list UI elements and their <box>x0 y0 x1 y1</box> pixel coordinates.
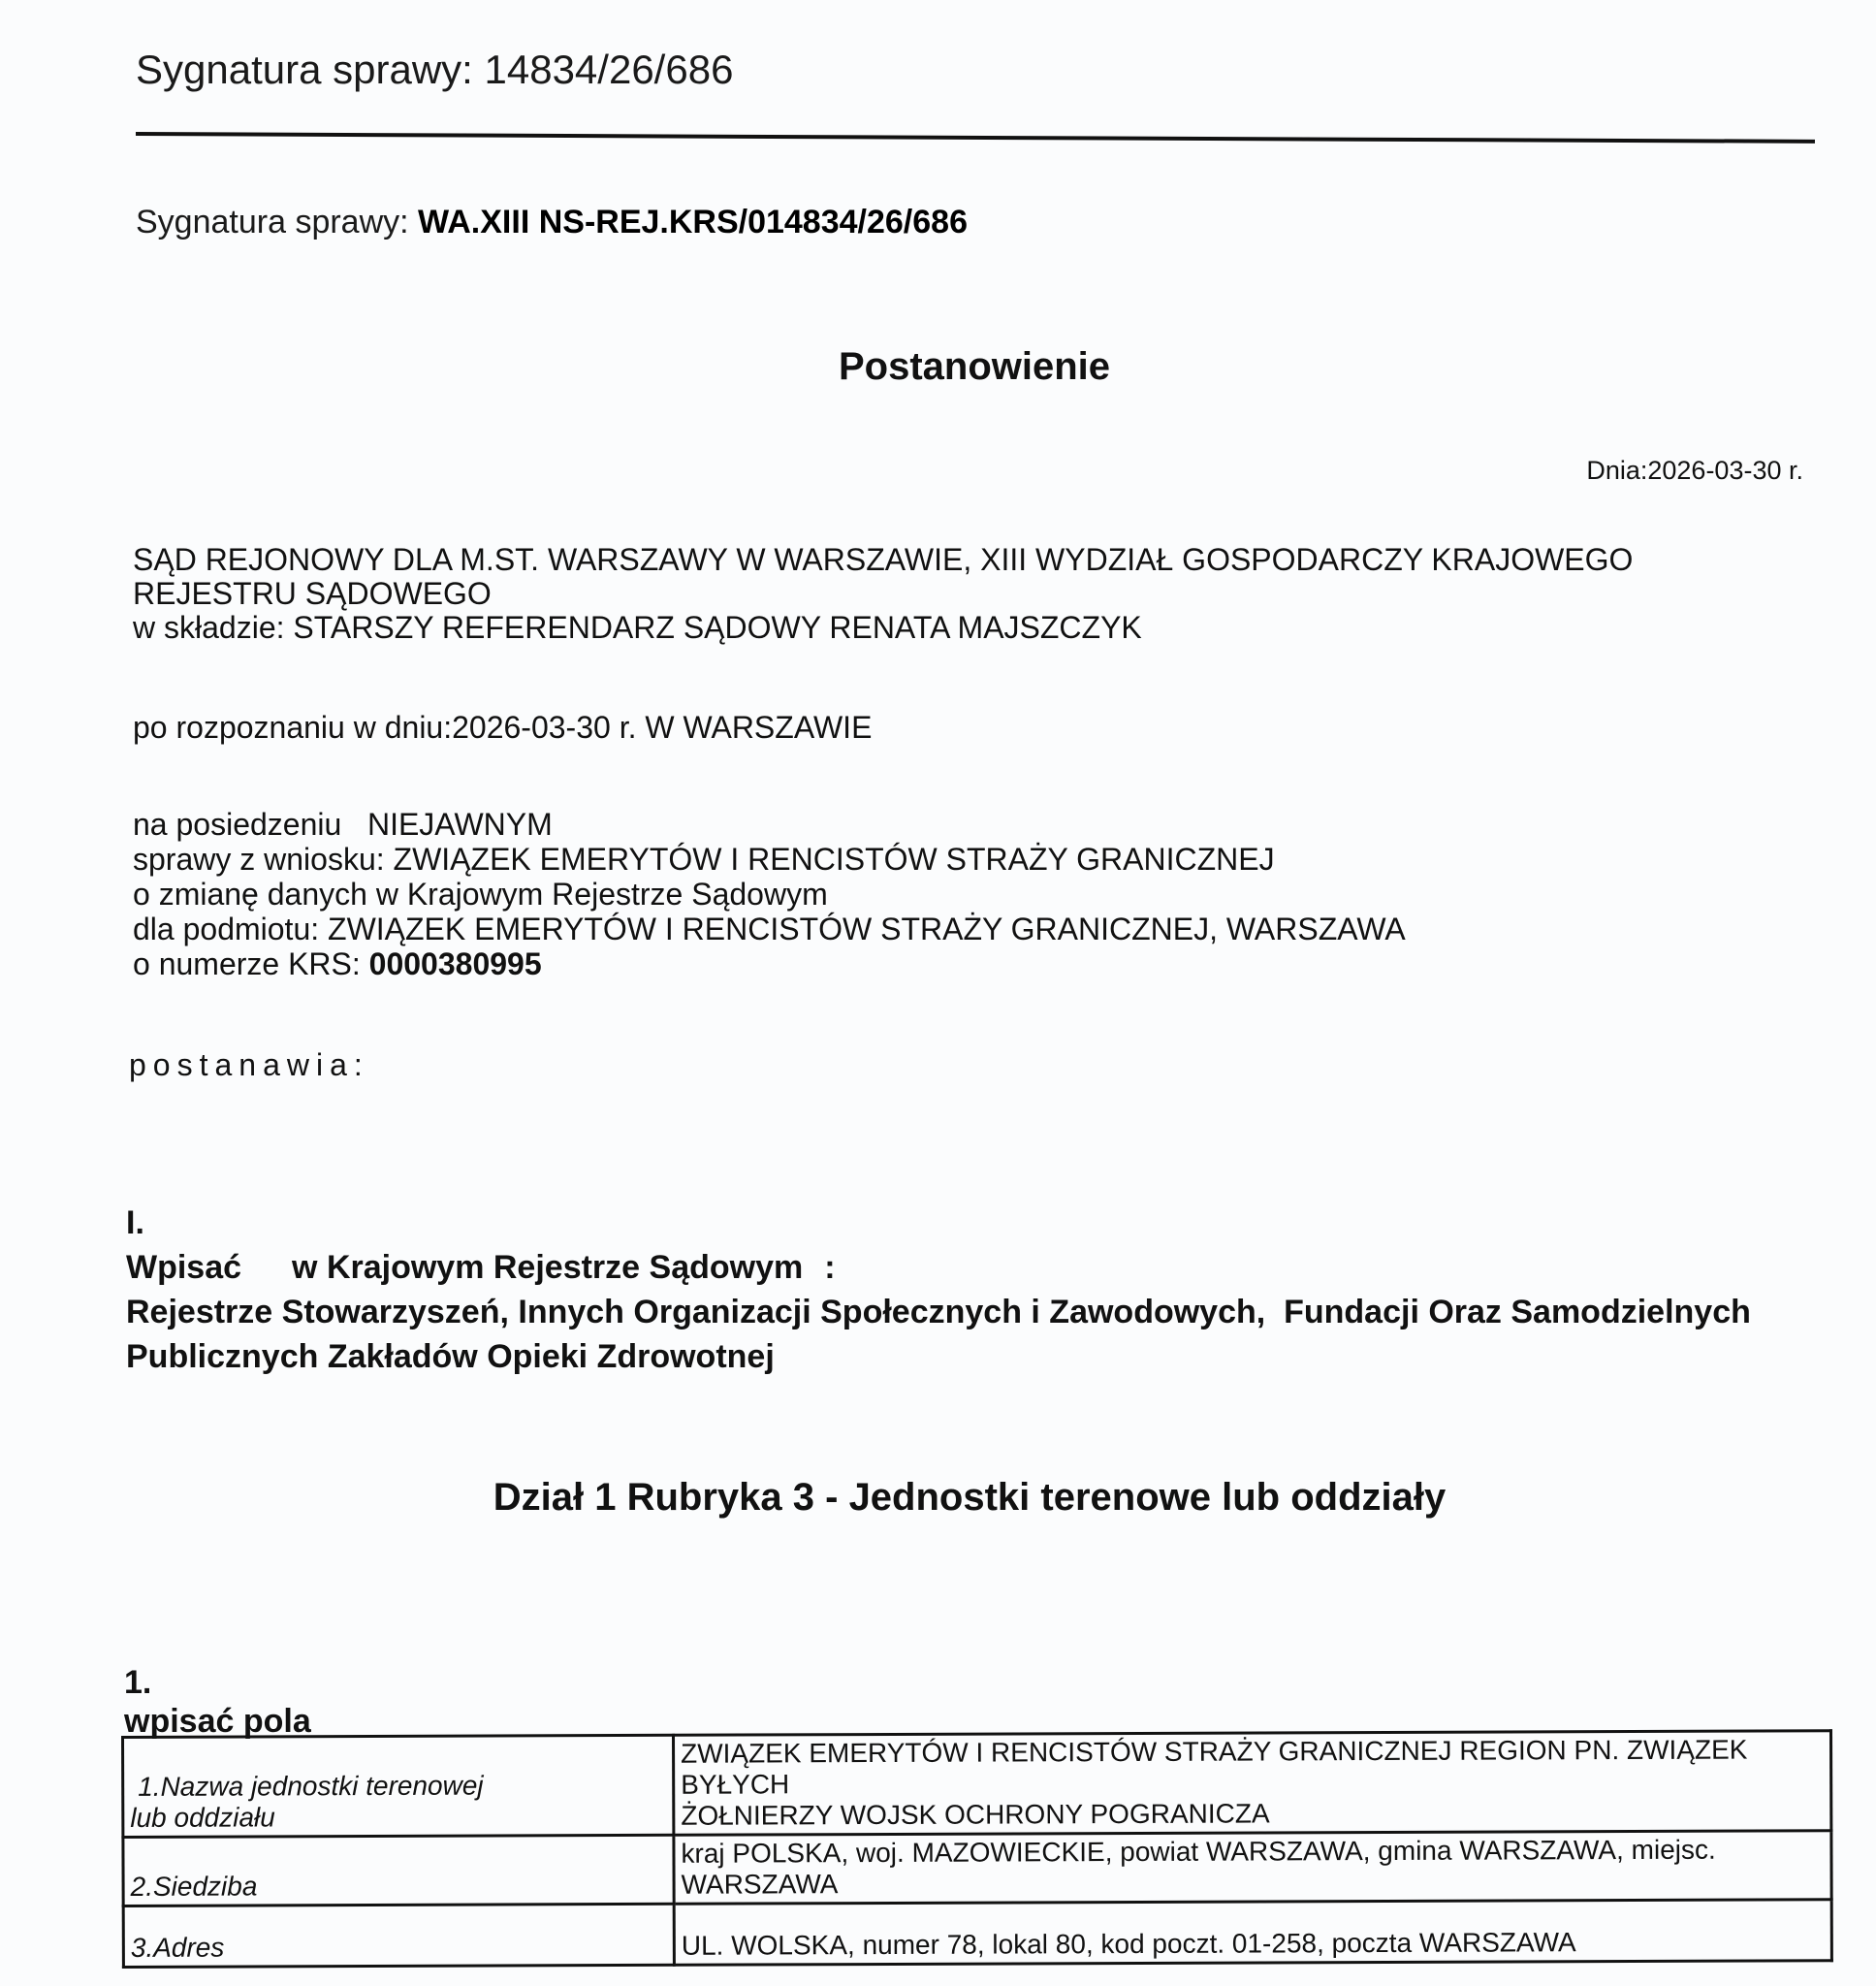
field-label: 2.Siedziba <box>123 1835 674 1906</box>
entity: dla podmiotu: ZWIĄZEK EMERYTÓW I RENCIST… <box>133 912 1406 946</box>
entry-colon: : <box>824 1249 835 1286</box>
field-value-line-2: ŻOŁNIERZY WOJSK OCHRONY POGRANICZA <box>681 1796 1824 1832</box>
entry-numeral: I. <box>126 1201 1751 1245</box>
entry-register: w Krajowym Rejestrze Sądowym <box>292 1249 803 1286</box>
entry-line-3: Publicznych Zakładów Opieki Zdrowotnej <box>126 1334 1751 1379</box>
entry-verb: Wpisać <box>126 1249 241 1286</box>
session-details: na posiedzeniu NIEJAWNYM sprawy z wniosk… <box>133 807 1406 981</box>
krs-number: o numerze KRS: 0000380995 <box>133 946 1406 981</box>
request-subject: o zmianę danych w Krajowym Rejestrze Sąd… <box>133 877 1406 912</box>
applicant: sprawy z wniosku: ZWIĄZEK EMERYTÓW I REN… <box>133 842 1406 877</box>
item-header: 1. wpisać pola <box>124 1663 311 1741</box>
item-number: 1. <box>124 1663 311 1702</box>
court-panel: w składzie: STARSZY REFERENDARZ SĄDOWY R… <box>133 611 1800 645</box>
table-row: 1.Nazwa jednostki terenowejlub oddziału … <box>123 1731 1831 1838</box>
session-type: na posiedzeniu NIEJAWNYM <box>133 807 1406 842</box>
case-signature-label: Sygnatura sprawy: <box>136 204 418 240</box>
field-value: ZWIĄZEK EMERYTÓW I RENCISTÓW STRAŻY GRAN… <box>674 1731 1831 1836</box>
case-signature-value: WA.XIII NS-REJ.KRS/014834/26/686 <box>418 204 968 240</box>
field-value-line-1: ZWIĄZEK EMERYTÓW I RENCISTÓW STRAŻY GRAN… <box>681 1734 1824 1801</box>
fields-table: 1.Nazwa jednostki terenowejlub oddziału … <box>121 1729 1833 1969</box>
field-label-line-1: 1.Nazwa jednostki terenowej <box>130 1770 666 1803</box>
entry-line-1: Wpisaćw Krajowym Rejestrze Sądowym: <box>126 1245 1751 1290</box>
court-name-line-2: REJESTRU SĄDOWEGO <box>133 577 1800 611</box>
field-value: kraj POLSKA, woj. MAZOWIECKIE, powiat WA… <box>674 1831 1831 1905</box>
field-value: UL. WOLSKA, numer 78, lokal 80, kod pocz… <box>674 1900 1831 1966</box>
header-divider <box>136 132 1815 144</box>
entry-line-2: Rejestrze Stowarzyszeń, Innych Organizac… <box>126 1290 1751 1334</box>
document-heading: Postanowienie <box>0 345 1876 389</box>
krs-value: 0000380995 <box>369 946 542 981</box>
decides-label: postanawia: <box>129 1047 369 1083</box>
section-title: Dział 1 Rubryka 3 - Jednostki terenowe l… <box>0 1476 1876 1520</box>
document-header-title: Sygnatura sprawy: 14834/26/686 <box>136 47 733 93</box>
examination-date: po rozpoznaniu w dniu:2026-03-30 r. W WA… <box>133 710 872 746</box>
table-row: 2.Siedziba kraj POLSKA, woj. MAZOWIECKIE… <box>123 1831 1831 1906</box>
table-row: 3.Adres UL. WOLSKA, numer 78, lokal 80, … <box>123 1900 1831 1968</box>
krs-label: o numerze KRS: <box>133 946 369 981</box>
document-date: Dnia:2026-03-30 r. <box>1586 456 1803 486</box>
field-label: 3.Adres <box>123 1904 674 1967</box>
field-label: 1.Nazwa jednostki terenowejlub oddziału <box>123 1735 674 1837</box>
case-signature: Sygnatura sprawy: WA.XIII NS-REJ.KRS/014… <box>136 204 968 241</box>
court-name-line-1: SĄD REJONOWY DLA M.ST. WARSZAWY W WARSZA… <box>133 543 1800 577</box>
field-label-line-2: lub oddziału <box>130 1801 666 1834</box>
decision-entry: I. Wpisaćw Krajowym Rejestrze Sądowym: R… <box>126 1201 1751 1379</box>
court-composition: SĄD REJONOWY DLA M.ST. WARSZAWY W WARSZA… <box>133 543 1800 645</box>
